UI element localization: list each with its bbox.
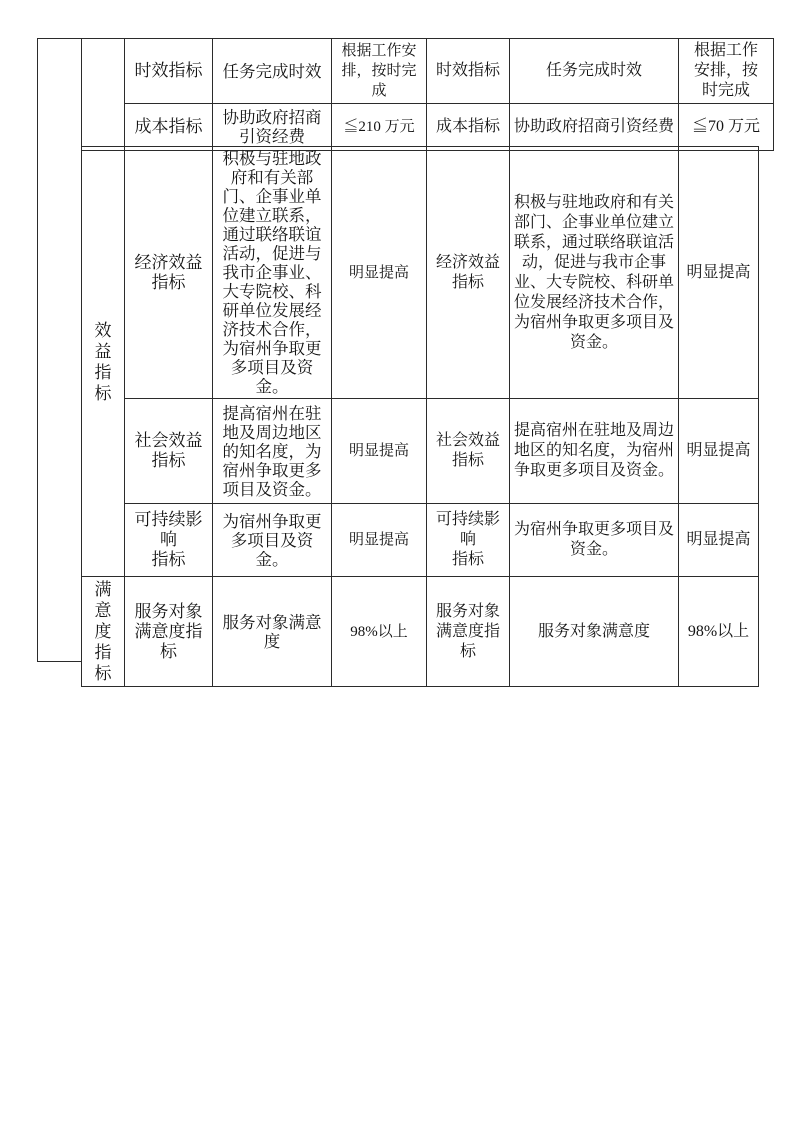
target-value-cell: 明显提高	[332, 504, 427, 577]
target-value-cell: 98%以上	[332, 577, 427, 687]
target-value-cell: 根据工作 安排，按 时完成	[679, 39, 774, 104]
group-label-satisfaction-indicators: 满 意 度 指 标	[82, 577, 125, 687]
assessment-criteria-cell: 服务对象满意度	[213, 577, 332, 687]
target-value-cell: 明显提高	[679, 399, 759, 504]
target-value-cell: ≦210 万元	[332, 104, 427, 151]
indicator-name-cell: 经济效益 指标	[427, 147, 510, 399]
assessment-criteria-cell: 任务完成时效	[510, 39, 679, 104]
assessment-criteria-cell: 协助政府招商引资经费	[510, 104, 679, 151]
document-page: 时效指标 任务完成时效 根据工作安 排，按时完成 时效指标 任务完成时效 根据工…	[0, 0, 793, 1122]
target-value-cell: 明显提高	[332, 147, 427, 399]
assessment-criteria-cell: 提高宿州在驻地及周边地区的知名度，为宿州争取更多项目及资金。	[510, 399, 679, 504]
indicator-name-cell: 服务对象 满意度指 标	[427, 577, 510, 687]
group-label-benefit-indicators: 效 益 指 标	[82, 147, 125, 577]
assessment-criteria-cell: 提高宿州在驻地及周边地区的知名度，为宿州争取更多项目及资金。	[213, 399, 332, 504]
target-value-cell: 明显提高	[679, 147, 759, 399]
assessment-criteria-cell: 服务对象满意度	[510, 577, 679, 687]
assessment-criteria-cell: 为宿州争取更多项目及资金。	[213, 504, 332, 577]
indicator-table-top-section: 时效指标 任务完成时效 根据工作安 排，按时完成 时效指标 任务完成时效 根据工…	[81, 38, 774, 151]
assessment-criteria-cell: 积极与驻地政府和有关部门、企事业单位建立联系，通过联络联谊活动，促进与我市企事业…	[213, 147, 332, 399]
indicator-name-cell: 时效指标	[125, 39, 213, 104]
merged-empty-margin-cell	[37, 38, 82, 662]
assessment-criteria-cell: 积极与驻地政府和有关部门、企事业单位建立联系，通过联络联谊活动，促进与我市企事业…	[510, 147, 679, 399]
indicator-name-cell: 经济效益 指标	[125, 147, 213, 399]
indicator-name-cell: 可持续影 响 指标	[125, 504, 213, 577]
target-value-cell: ≦70 万元	[679, 104, 774, 151]
target-value-cell: 根据工作安 排，按时完成	[332, 39, 427, 104]
target-value-cell: 98%以上	[679, 577, 759, 687]
empty-group-label-cell	[82, 39, 125, 151]
indicator-name-cell: 成本指标	[125, 104, 213, 151]
indicator-name-cell: 社会效益 指标	[427, 399, 510, 504]
target-value-cell: 明显提高	[679, 504, 759, 577]
indicator-table-bottom-section: 效 益 指 标 经济效益 指标 积极与驻地政府和有关部门、企事业单位建立联系，通…	[81, 146, 759, 687]
indicator-name-cell: 服务对象 满意度指 标	[125, 577, 213, 687]
indicator-name-cell: 可持续影 响 指标	[427, 504, 510, 577]
target-value-cell: 明显提高	[332, 399, 427, 504]
indicator-name-cell: 社会效益 指标	[125, 399, 213, 504]
indicator-name-cell: 时效指标	[427, 39, 510, 104]
assessment-criteria-cell: 协助政府招商引资经费	[213, 104, 332, 151]
assessment-criteria-cell: 任务完成时效	[213, 39, 332, 104]
assessment-criteria-cell: 为宿州争取更多项目及资金。	[510, 504, 679, 577]
indicator-name-cell: 成本指标	[427, 104, 510, 151]
